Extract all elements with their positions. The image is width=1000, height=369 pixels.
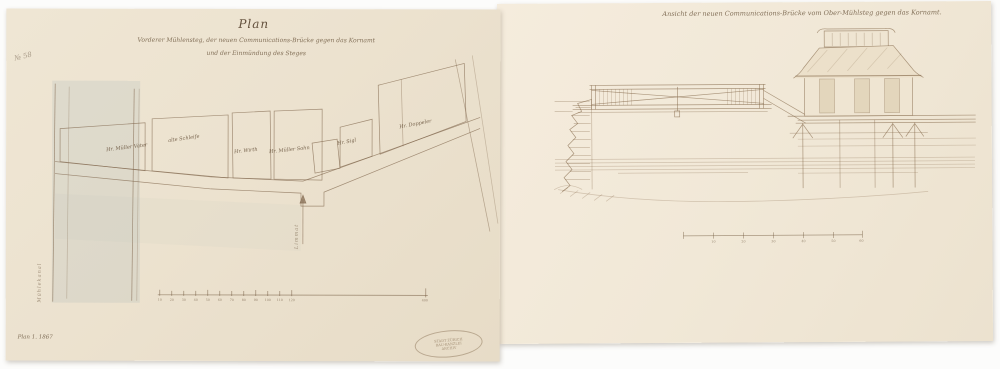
- scale-number: 30: [179, 298, 189, 302]
- scale-number: 10: [155, 298, 165, 302]
- scanned-plan-canvas: № 58 Plan Vorderer Mühlensteg, der neuen…: [0, 0, 1000, 369]
- scale-number: 100: [263, 298, 273, 302]
- scale-number: 60: [856, 239, 866, 243]
- sheet-footer-inscription: Plan 1. 1867: [18, 335, 53, 341]
- scale-number: 40: [191, 298, 201, 302]
- elevation-sheet: Ansicht der neuen Communications-Brücke …: [497, 1, 993, 344]
- stamp-line: ARCHIV: [441, 345, 456, 350]
- plan-drawing: [6, 8, 501, 361]
- plan-title: Plan: [238, 17, 269, 31]
- scale-number: 80: [239, 298, 249, 302]
- scale-number: 30: [768, 239, 778, 243]
- upper-bridge: [572, 84, 771, 117]
- riverbed: [554, 183, 928, 202]
- elevation-drawing: [497, 1, 993, 344]
- river-label: Limmat: [294, 207, 300, 249]
- house: [793, 28, 924, 116]
- scale-number: 90: [251, 298, 261, 302]
- scale-number: 20: [167, 298, 177, 302]
- scale-bar-right: [683, 231, 862, 239]
- plan-sheet: № 58 Plan Vorderer Mühlensteg, der neuen…: [6, 8, 501, 361]
- scale-number: 50: [203, 298, 213, 302]
- plan-subtitle-1: Vorderer Mühlensteg, der neuen Communica…: [76, 37, 436, 45]
- water-lines: [555, 157, 975, 175]
- scale-number: 10: [708, 240, 718, 244]
- abutment: [555, 99, 593, 191]
- ramp: [764, 90, 808, 123]
- scale-bar-left: [158, 288, 428, 298]
- plan-subtitle-2: und der Einmündung des Steges: [76, 50, 436, 58]
- canal-label: Mühlekanal: [37, 259, 43, 303]
- scale-number: 50: [828, 239, 838, 243]
- scale-number: 20: [738, 239, 748, 243]
- scale-number: 40: [798, 239, 808, 243]
- scale-number: 110: [275, 298, 285, 302]
- canal-walls: [52, 81, 140, 303]
- scale-number: 70: [227, 298, 237, 302]
- scale-number: 120: [287, 298, 297, 302]
- walkway: [788, 115, 976, 188]
- scale-number: 60: [215, 298, 225, 302]
- scale-end-number: 400: [420, 298, 430, 302]
